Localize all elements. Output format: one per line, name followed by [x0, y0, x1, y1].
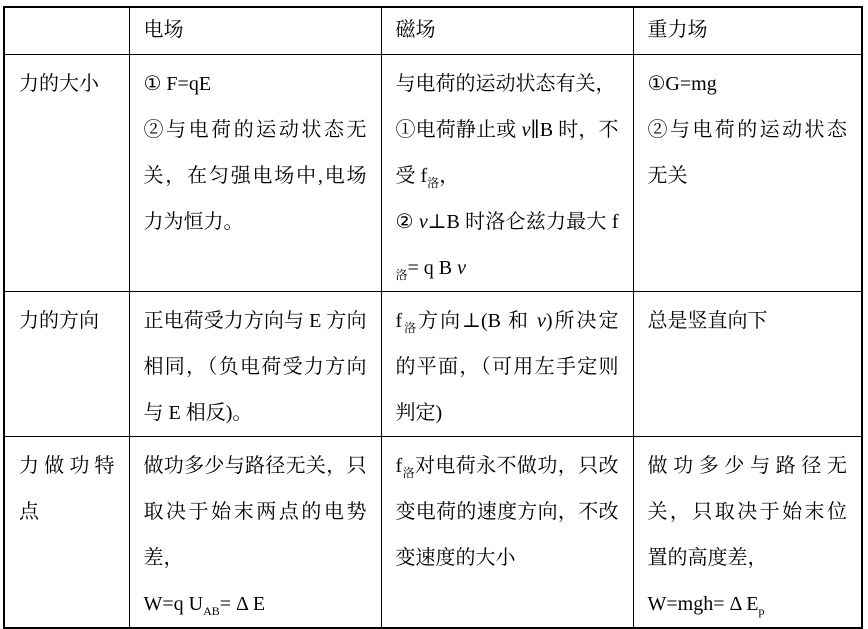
- header-blank-cell: [4, 7, 129, 54]
- row-label-force-direction: 力的方向: [4, 291, 129, 436]
- cell-work-magnetic: f洛对电荷永不做功，只改变电荷的速度方向，不改变速度的大小: [381, 436, 633, 628]
- cell-direction-gravity: 总是竖直向下: [633, 291, 862, 436]
- header-row: 电场 磁场 重力场: [4, 7, 862, 54]
- cell-magnitude-gravity: ①G=mg②与电荷的运动状态无关: [633, 54, 862, 291]
- cell-magnitude-magnetic: 与电荷的运动状态有关，①电荷静止或 v∥B 时，不受 f洛，② v⊥B 时洛仑兹…: [381, 54, 633, 291]
- header-magnetic-field: 磁场: [381, 7, 633, 54]
- cell-work-gravity: 做功多少与路径无关，只取决于始末位置的高度差，W=mgh= Δ Ep: [633, 436, 862, 628]
- row-force-magnitude: 力的大小 ① F=qE②与电荷的运动状态无关，在匀强电场中,电场力为恒力。 与电…: [4, 54, 862, 291]
- cell-work-electric: 做功多少与路径无关，只取决于始末两点的电势差，W=q UAB= Δ E: [129, 436, 381, 628]
- row-force-direction: 力的方向 正电荷受力方向与 E 方向相同，（负电荷受力方向与 E 相反)。 f洛…: [4, 291, 862, 436]
- field-force-comparison-table: 电场 磁场 重力场 力的大小 ① F=qE②与电荷的运动状态无关，在匀强电场中,…: [3, 6, 863, 629]
- header-gravity-field: 重力场: [633, 7, 862, 54]
- row-work-characteristics: 力做功特点 做功多少与路径无关，只取决于始末两点的电势差，W=q UAB= Δ …: [4, 436, 862, 628]
- document-page: { "table": { "header": ["", "电场", "磁场", …: [0, 0, 868, 620]
- header-electric-field: 电场: [129, 7, 381, 54]
- cell-direction-electric: 正电荷受力方向与 E 方向相同，（负电荷受力方向与 E 相反)。: [129, 291, 381, 436]
- cell-magnitude-electric: ① F=qE②与电荷的运动状态无关，在匀强电场中,电场力为恒力。: [129, 54, 381, 291]
- row-label-force-magnitude: 力的大小: [4, 54, 129, 291]
- row-label-work-characteristics: 力做功特点: [4, 436, 129, 628]
- cell-direction-magnetic: f洛方向⊥(B 和 v)所决定的平面，（可用左手定则判定): [381, 291, 633, 436]
